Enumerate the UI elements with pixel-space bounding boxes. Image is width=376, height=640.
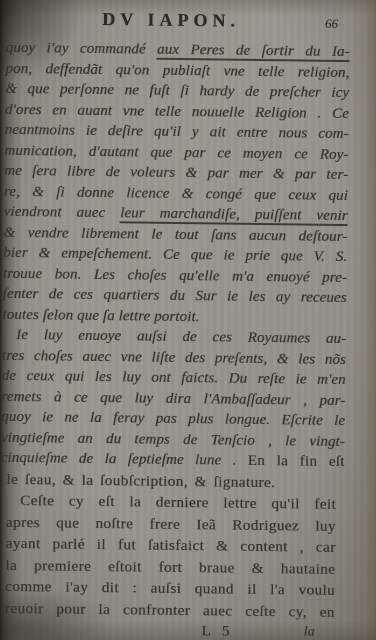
text-segment: remets à ce que luy dira l'Ambaſſadeur ,… bbox=[1, 388, 345, 408]
running-title: DV IAPON. bbox=[6, 8, 336, 33]
page-header: DV IAPON. 66 bbox=[6, 8, 366, 42]
text-segment: de ceux qui les luy ont faicts. Du reſte… bbox=[2, 368, 346, 388]
text-line: reuoir pour la confronter auec ceſte cy,… bbox=[0, 598, 343, 624]
text-segment: munication, d'autant que par ce moyen ce… bbox=[4, 142, 348, 162]
text-segment: reuoir pour la confronter auec ceſte cy,… bbox=[5, 600, 335, 621]
underlined-phrase: aux Peres de ſortir du Ia- bbox=[157, 42, 350, 62]
text-segment: Ceſte cy eſt la derniere lettre qu'il fe… bbox=[20, 492, 336, 513]
text-segment: cinquieſme de la ſeptieſme lune . bbox=[1, 450, 248, 469]
text-segment: En la fin eſt bbox=[248, 453, 345, 470]
text-segment: quoy ie ne la feray pas plus longue. Eſc… bbox=[1, 409, 345, 429]
text-segment: neantmoins ie deſire qu'il y ait entre n… bbox=[5, 122, 349, 142]
text-segment: apres que noſtre frere Ieã Rodriguez luy bbox=[6, 514, 336, 535]
page-footer: L 5 la bbox=[0, 620, 359, 640]
page-content: DV IAPON. 66 quoy i'ay commandé aux Pere… bbox=[0, 8, 366, 640]
book-page-photo: DV IAPON. 66 quoy i'ay commandé aux Pere… bbox=[0, 0, 376, 640]
text-segment: le ſeau, & la ſoubſcription, & ſignature… bbox=[6, 470, 275, 490]
text-segment: tres choſes auec vne liſte des preſents,… bbox=[2, 347, 346, 367]
body-text: quoy i'ay commandé aux Peres de ſortir d… bbox=[0, 38, 350, 624]
text-segment: quoy i'ay commandé bbox=[6, 40, 158, 58]
underlined-phrase: leur marchandiſe, puiſſent venir bbox=[120, 205, 348, 226]
text-segment: d'ores en auant vne telle nouuelle Relig… bbox=[5, 101, 349, 121]
text-segment: viendront auec bbox=[4, 204, 121, 221]
text-segment: comme i'ay dit : auſsi quand il l'a voul… bbox=[5, 578, 335, 599]
catchword: la bbox=[304, 624, 315, 640]
text-segment: & que perſonne ne fuſt ſi hardy de preſc… bbox=[5, 81, 349, 101]
text-segment: ayant parlé il fut ſatisfaict & content … bbox=[5, 535, 335, 556]
text-segment: la premiere eſtoit fort braue & hautaine bbox=[5, 557, 335, 578]
text-segment: trouue bon. Les choſes qu'elle m'a enuoy… bbox=[3, 265, 347, 285]
text-segment: ſenter de ces quartiers du Sur ie les ay… bbox=[3, 286, 347, 306]
text-segment: Ie luy enuoye auſsi de ces Royaumes au- bbox=[16, 327, 346, 347]
text-segment: bier & empeſchement. Ce que ie prie que … bbox=[3, 245, 347, 265]
text-segment: vingtieſme an du temps de Tenſcio , le v… bbox=[1, 429, 345, 449]
text-segment: toutes ſelon que ſa lettre portoit. bbox=[2, 306, 199, 324]
text-segment: & vendre librement le tout ſans aucun de… bbox=[3, 224, 347, 244]
text-segment: re, & ſi donne licence & congé que ceux … bbox=[4, 183, 348, 203]
text-segment: pon, deffendãt qu'on publiaſt vne telle … bbox=[5, 60, 349, 80]
signature-mark: L 5 bbox=[201, 623, 233, 640]
text-segment: me ſera libre de voleurs & par mer & par… bbox=[4, 163, 348, 183]
page-number: 66 bbox=[325, 16, 338, 32]
